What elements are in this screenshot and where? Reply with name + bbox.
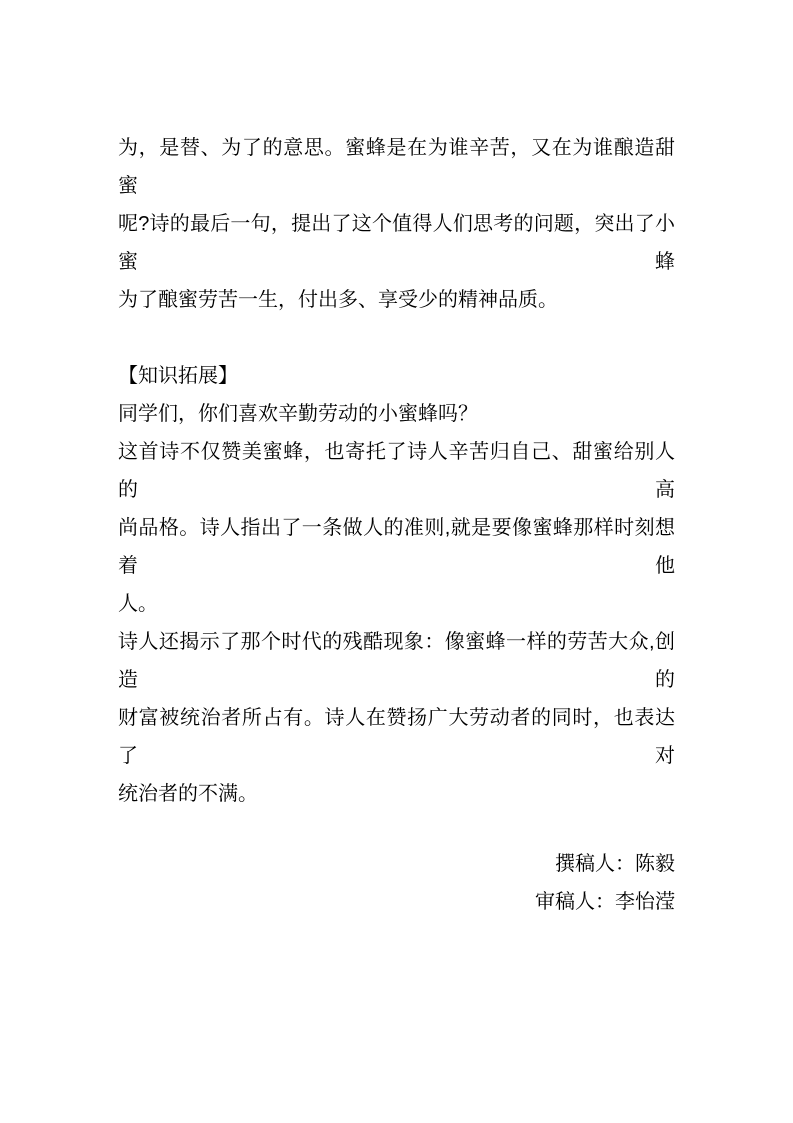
reviewer-line: 审稿人：李怡滢 xyxy=(118,883,675,921)
text-line: 呢?诗的最后一句，提出了这个值得人们思考的问题，突出了小蜜蜂 xyxy=(118,205,675,281)
intro-paragraph: 为，是替、为了的意思。蜜蜂是在为谁辛苦，又在为谁酿造甜蜜 呢?诗的最后一句，提出… xyxy=(118,129,675,319)
signoff-block: 撰稿人：陈毅 审稿人：李怡滢 xyxy=(118,845,675,921)
text-line: 为，是替、为了的意思。蜜蜂是在为谁辛苦，又在为谁酿造甜蜜 xyxy=(118,129,675,205)
text-line: 诗人还揭示了那个时代的残酷现象：像蜜蜂一样的劳苦大众,创造的 xyxy=(118,623,675,699)
text-line: 财富被统治者所占有。诗人在赞扬广大劳动者的同时，也表达了对 xyxy=(118,699,675,775)
document-page: 为，是替、为了的意思。蜜蜂是在为谁辛苦，又在为谁酿造甜蜜 呢?诗的最后一句，提出… xyxy=(0,0,793,1123)
document-content: 为，是替、为了的意思。蜜蜂是在为谁辛苦，又在为谁酿造甜蜜 呢?诗的最后一句，提出… xyxy=(118,129,675,921)
text-line: 人。 xyxy=(118,585,675,623)
section-heading: 【知识拓展】 xyxy=(118,357,675,395)
text-line: 为了酿蜜劳苦一生，付出多、享受少的精神品质。 xyxy=(118,281,675,319)
author-line: 撰稿人：陈毅 xyxy=(118,845,675,883)
blank-line xyxy=(118,319,675,357)
blank-line xyxy=(118,813,675,845)
text-line: 统治者的不满。 xyxy=(118,775,675,813)
text-line: 这首诗不仅赞美蜜蜂，也寄托了诗人辛苦归自己、甜蜜给别人的高 xyxy=(118,433,675,509)
text-line: 同学们，你们喜欢辛勤劳动的小蜜蜂吗？ xyxy=(118,395,675,433)
text-line: 尚品格。诗人指出了一条做人的准则,就是要像蜜蜂那样时刻想着他 xyxy=(118,509,675,585)
knowledge-section: 【知识拓展】 同学们，你们喜欢辛勤劳动的小蜜蜂吗？ 这首诗不仅赞美蜜蜂，也寄托了… xyxy=(118,357,675,813)
